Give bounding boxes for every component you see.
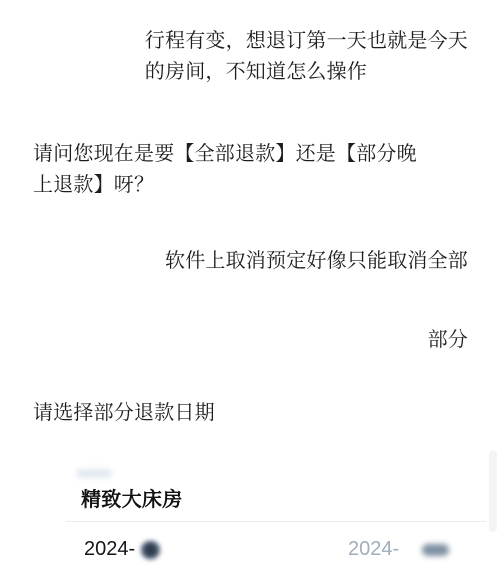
message-line: 软件上取消预定好像只能取消全部 bbox=[165, 246, 468, 277]
user-message-trip-change: 行程有变，想退订第一天也就是今天 的房间，不知道怎么操作 bbox=[145, 26, 468, 88]
message-line: 上退款】呀？ bbox=[33, 170, 417, 201]
message-line: 行程有变，想退订第一天也就是今天 bbox=[145, 26, 468, 57]
redacted-checkin-date-blur bbox=[140, 540, 161, 560]
redacted-checkout-date-blur bbox=[422, 544, 449, 556]
message-line: 部分 bbox=[428, 325, 468, 356]
redacted-tag-blur bbox=[76, 469, 112, 478]
card-divider bbox=[66, 521, 486, 522]
message-line: 的房间，不知道怎么操作 bbox=[145, 57, 468, 88]
room-name-title: 精致大床房 bbox=[81, 483, 183, 512]
user-message-partial: 部分 bbox=[428, 325, 468, 356]
checkout-date-option[interactable]: 2024- bbox=[348, 536, 399, 562]
next-card-edge[interactable] bbox=[489, 450, 497, 532]
message-line: 请问您现在是要【全部退款】还是【部分晚 bbox=[33, 139, 417, 170]
message-line: 请选择部分退款日期 bbox=[33, 398, 215, 429]
checkin-date-option[interactable]: 2024- bbox=[84, 536, 135, 562]
agent-message-refund-question: 请问您现在是要【全部退款】还是【部分晚 上退款】呀？ bbox=[33, 139, 417, 201]
chat-screen: 行程有变，想退订第一天也就是今天 的房间，不知道怎么操作 请问您现在是要【全部退… bbox=[0, 0, 500, 571]
user-message-cancel-limitation: 软件上取消预定好像只能取消全部 bbox=[165, 246, 468, 277]
agent-message-select-date: 请选择部分退款日期 bbox=[33, 398, 215, 429]
